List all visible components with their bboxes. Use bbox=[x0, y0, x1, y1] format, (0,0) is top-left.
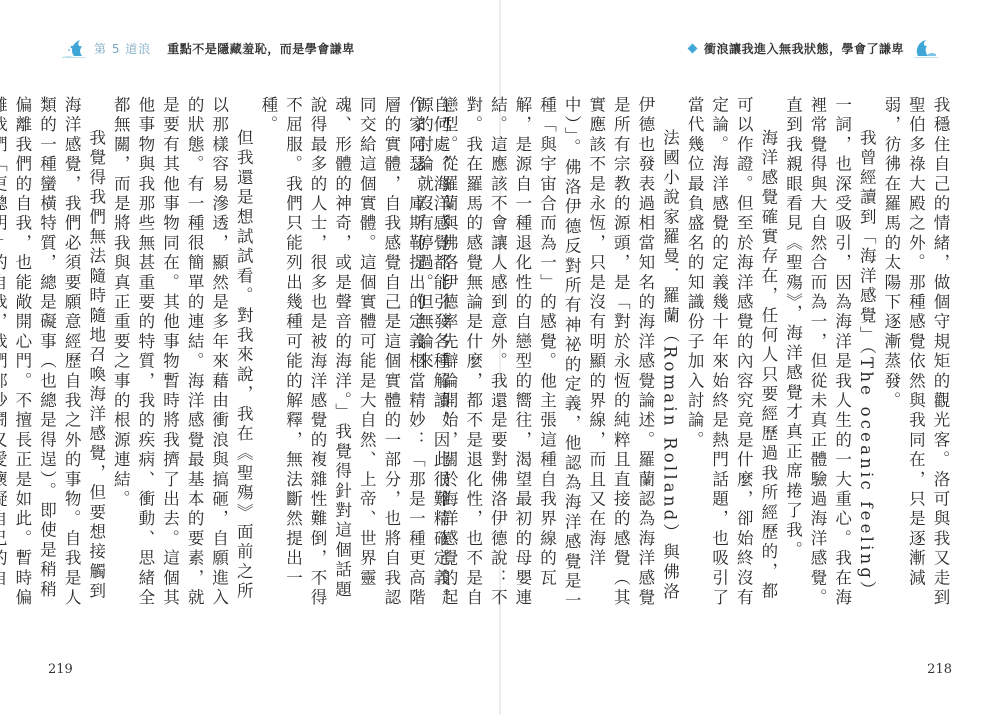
book-spread: 第 5 道浪 重點不是隱藏羞恥，而是學會謙卑 自何處，海洋感覺都能引發各種解讀，… bbox=[0, 0, 1000, 714]
page-number: 219 bbox=[48, 662, 73, 677]
chapter-title: 重點不是隱藏羞恥，而是學會謙卑 bbox=[167, 40, 355, 57]
section-title: 衝浪讓我進入無我狀態，學會了謙卑 bbox=[704, 40, 904, 57]
diamond-icon bbox=[688, 43, 698, 53]
right-page: 衝浪讓我進入無我狀態，學會了謙卑 我穩住自己的情緒，做個守規矩的觀光客。洛可與我… bbox=[500, 0, 1000, 714]
page-number: 218 bbox=[927, 662, 952, 677]
left-page-body: 自何處，海洋感覺都能引發各種解讀，因此很難精確定義。作家阿瑟．庫斯勒提出的定義相… bbox=[42, 96, 452, 616]
wave-icon bbox=[60, 37, 88, 59]
wave-icon bbox=[912, 37, 940, 59]
left-page-header: 第 5 道浪 重點不是隱藏羞恥，而是學會謙卑 bbox=[60, 37, 355, 59]
right-page-body: 我穩住自己的情緒，做個守規矩的觀光客。洛可與我又走到聖伯多祿大殿之外。那種感覺依… bbox=[542, 96, 952, 616]
paragraph: 我曾經讀到「海洋感覺」（The oceanic feeling）一詞，也深受吸引… bbox=[780, 96, 878, 616]
paragraph: 我穩住自己的情緒，做個守規矩的觀光客。洛可與我又走到聖伯多祿大殿之外。那種感覺依… bbox=[878, 96, 952, 616]
paragraph: 海洋感覺確實存在，任何人只要經歷過我所經歷的，都可以作證。但至於海洋感覺的內容究… bbox=[681, 96, 779, 616]
paragraph: 但我還是想試試看。對我來說，我在《聖殤》面前之所以那樣容易滲透，顯然是多年來藉由… bbox=[108, 96, 256, 616]
right-page-header: 衝浪讓我進入無我狀態，學會了謙卑 bbox=[689, 37, 940, 59]
chapter-number: 第 5 道浪 bbox=[94, 40, 151, 57]
paragraph: 法國小說家羅曼．羅蘭（Romain Rolland）與佛洛伊德也發表過相當知名的… bbox=[411, 96, 682, 616]
paragraph: 我覺得我們無法隨時隨地召喚海洋感覺，但要想接觸到海洋感覺，我們必須要願意經歷自我… bbox=[0, 96, 108, 616]
